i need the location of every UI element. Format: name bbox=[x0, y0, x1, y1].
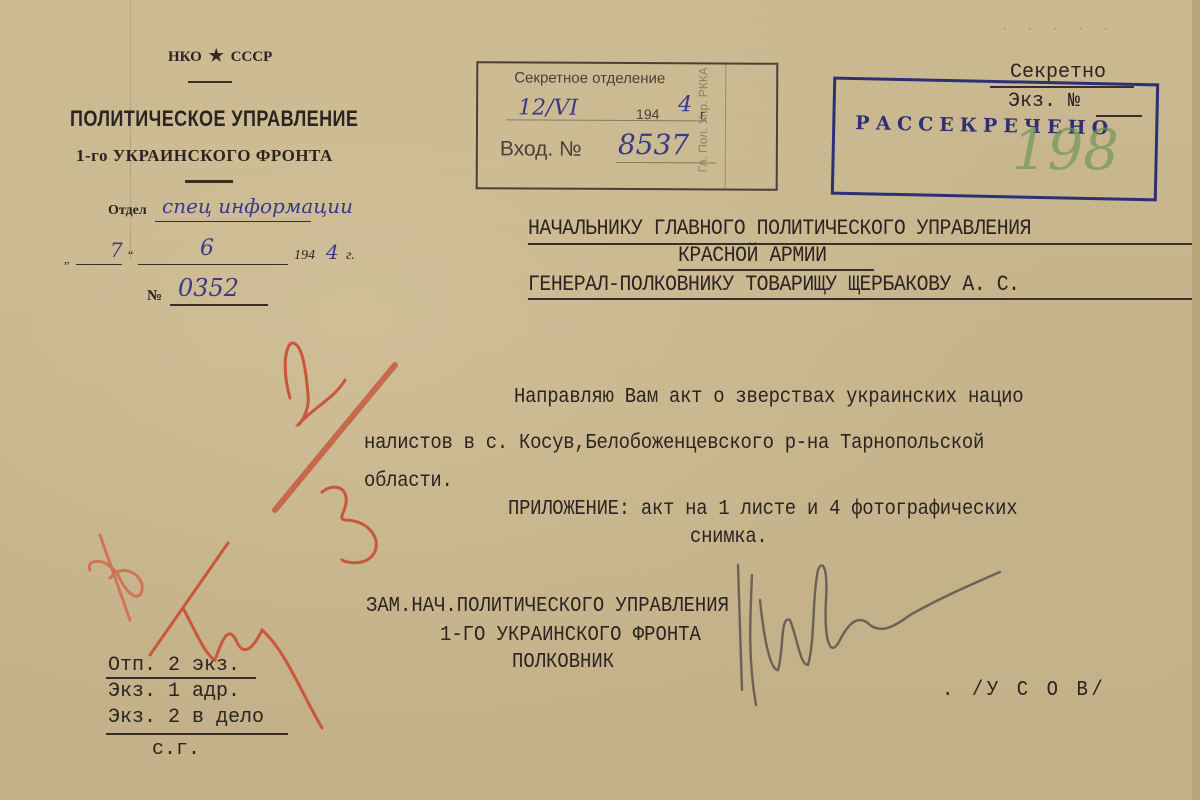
date-year-prefix: 194 bbox=[294, 248, 315, 264]
divider bbox=[188, 81, 232, 83]
secret-department-stamp: Секретное отделение 12/VI 194 4 г. Вход.… bbox=[476, 61, 779, 191]
number-underline bbox=[170, 304, 268, 306]
star-icon: ★ bbox=[209, 46, 224, 65]
addressee-underline bbox=[528, 243, 1192, 245]
date-month: 6 bbox=[200, 236, 214, 261]
dept-value: спец информации bbox=[162, 194, 353, 218]
distribution-underline bbox=[106, 677, 256, 679]
signatory-rank: ПОЛКОВНИК bbox=[512, 651, 614, 674]
org-country: СССР bbox=[231, 49, 273, 65]
dept-underline bbox=[155, 221, 311, 222]
addressee-line-2: КРАСНОЙ АРМИИ bbox=[678, 243, 827, 268]
paper-edge bbox=[1192, 0, 1200, 800]
signatory-name: . /У С О В/ bbox=[942, 679, 1106, 702]
addressee-underline bbox=[528, 298, 1192, 300]
faded-text: · · · · · bbox=[1000, 20, 1113, 38]
org-name: НКО bbox=[168, 49, 202, 65]
stamp-vertical-text: Гл. Пол. Упр. РККА bbox=[696, 62, 711, 172]
distribution-line-3: Экз. 2 в дело bbox=[108, 706, 264, 729]
letterhead-subtitle: 1-го УКРАИНСКОГО ФРОНТА bbox=[76, 146, 333, 166]
stamp-date-line bbox=[506, 119, 706, 121]
body-line-3: области. bbox=[364, 470, 453, 493]
divider bbox=[185, 180, 233, 183]
stamp-title: Секретное отделение bbox=[514, 69, 665, 87]
stamp-date: 12/VI bbox=[518, 95, 578, 120]
day-underline bbox=[76, 264, 122, 265]
stamp-year: 194 bbox=[636, 106, 659, 122]
incoming-label: Вход. № bbox=[500, 137, 582, 161]
quote-mark: “ bbox=[128, 248, 133, 263]
addressee-underline bbox=[678, 269, 874, 271]
addressee-line-3: ГЕНЕРАЛ-ПОЛКОВНИКУ ТОВАРИЩУ ЩЕРБАКОВУ А.… bbox=[528, 272, 1020, 297]
attachment-line-1: ПРИЛОЖЕНИЕ: акт на 1 листе и 4 фотографи… bbox=[508, 498, 1017, 521]
month-underline bbox=[138, 264, 288, 265]
letterhead-org: НКО ★ СССР bbox=[168, 46, 272, 66]
distribution-line-1: Отп. 2 экз. bbox=[108, 654, 240, 677]
signatory-title-2: 1-ГО УКРАИНСКОГО ФРОНТА bbox=[440, 624, 701, 647]
body-line-2: налистов в с. Косув,Белобоженцевского р-… bbox=[364, 432, 984, 455]
date-g: г. bbox=[346, 248, 355, 264]
distribution-line-2: Экз. 1 адр. bbox=[108, 680, 240, 703]
stamp-year-suffix: 4 bbox=[678, 92, 692, 117]
distribution-underline bbox=[106, 733, 288, 735]
attachment-line-2: снимка. bbox=[690, 526, 768, 549]
dept-label: Отдел bbox=[108, 203, 147, 219]
addressee-line-1: НАЧАЛЬНИКУ ГЛАВНОГО ПОЛИТИЧЕСКОГО УПРАВЛ… bbox=[528, 216, 1031, 241]
body-line-1: Направляю Вам акт о зверствах украинских… bbox=[514, 386, 1023, 409]
incoming-number: 8537 bbox=[618, 128, 689, 161]
quote-mark: „ bbox=[64, 252, 69, 267]
letterhead-title: ПОЛИТИЧЕСКОЕ УПРАВЛЕНИЕ bbox=[70, 106, 358, 132]
date-day: 7 bbox=[110, 238, 123, 262]
date-year-suffix: 4 bbox=[326, 240, 339, 264]
stamp-divider bbox=[725, 65, 727, 189]
distribution-line-4: с.г. bbox=[152, 738, 200, 761]
archive-number: 198 bbox=[1012, 118, 1119, 183]
number-label: № bbox=[147, 288, 162, 305]
signatory-title-1: ЗАМ.НАЧ.ПОЛИТИЧЕСКОГО УПРАВЛЕНИЯ bbox=[366, 595, 729, 618]
number-value: 0352 bbox=[178, 274, 239, 302]
